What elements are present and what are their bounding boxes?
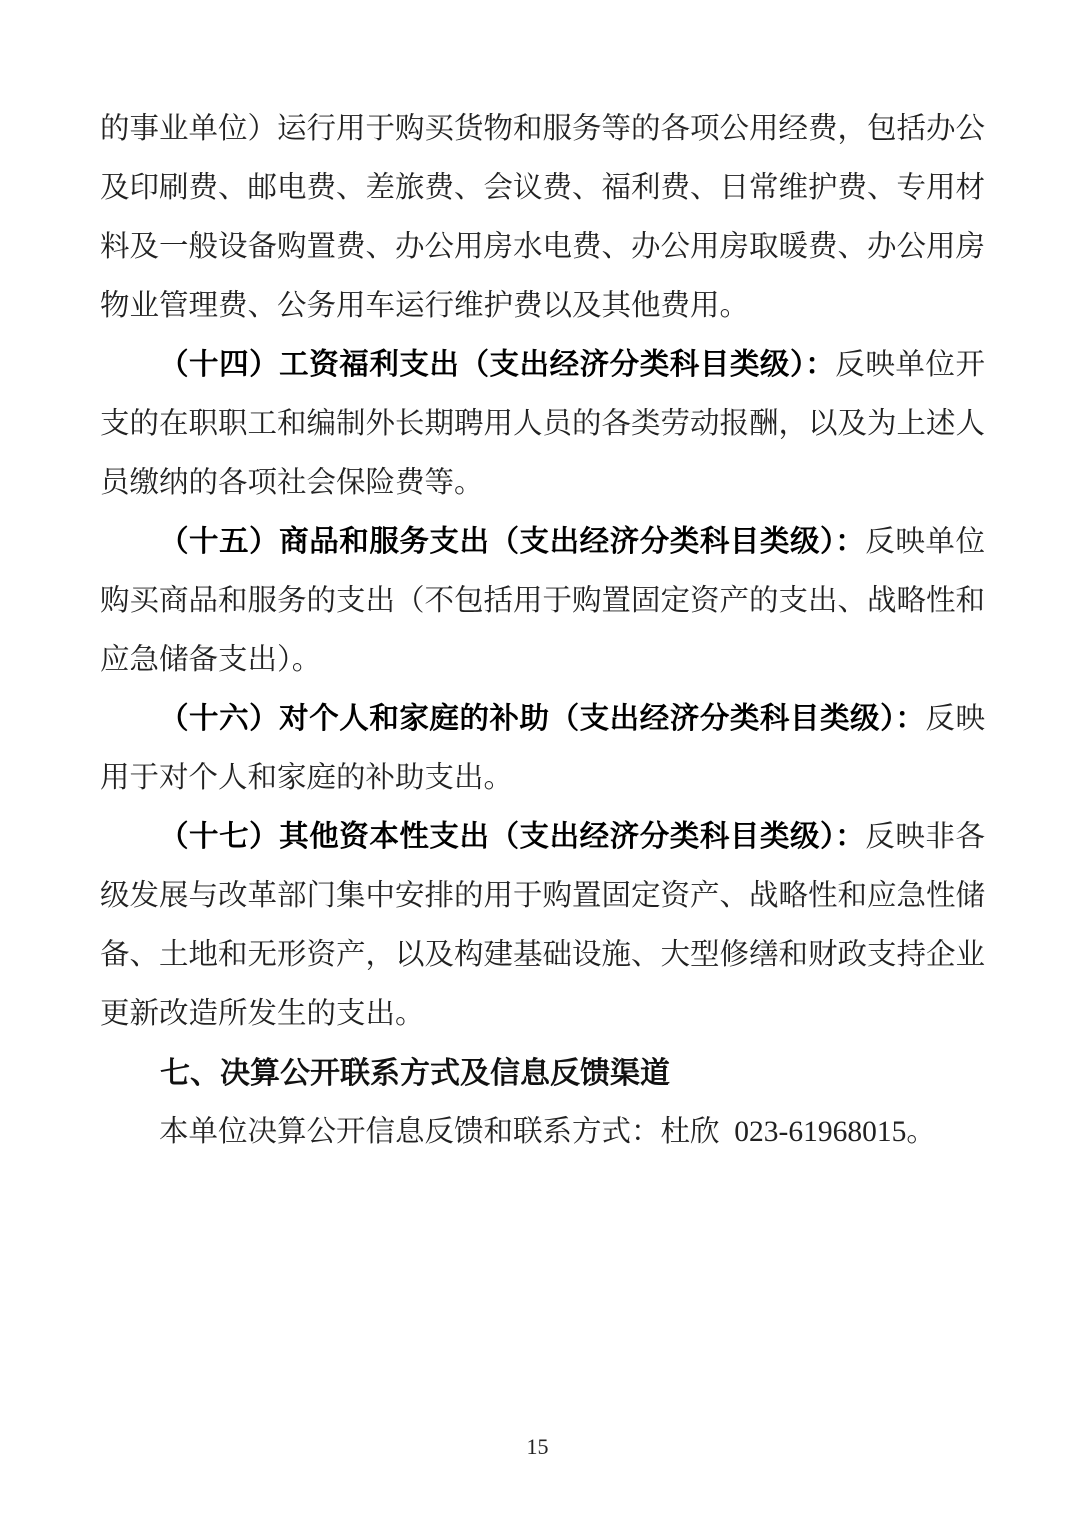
paragraph-item-15-lead: （十五）商品和服务支出（支出经济分类科目类级）： <box>159 526 865 558</box>
paragraph-item-14-lead: （十四）工资福利支出（支出经济分类科目类级）： <box>159 349 835 381</box>
paragraph-item-17-other-capital-expenditure: （十七）其他资本性支出（支出经济分类科目类级）：反映非各级发展与改革部门集中安排… <box>100 808 985 1044</box>
document-page: 的事业单位）运行用于购买货物和服务等的各项公用经费，包括办公及印刷费、邮电费、差… <box>0 0 1075 1520</box>
page-number: 15 <box>0 1432 1075 1462</box>
paragraph-item-15-goods-services: （十五）商品和服务支出（支出经济分类科目类级）：反映单位购买商品和服务的支出（不… <box>100 513 985 690</box>
document-body: 的事业单位）运行用于购买货物和服务等的各项公用经费，包括办公及印刷费、邮电费、差… <box>100 100 985 1162</box>
paragraph-public-funds-continuation: 的事业单位）运行用于购买货物和服务等的各项公用经费，包括办公及印刷费、邮电费、差… <box>100 100 985 336</box>
paragraph-item-16-lead: （十六）对个人和家庭的补助（支出经济分类科目类级）： <box>159 703 925 735</box>
paragraph-item-16-individual-family-subsidy: （十六）对个人和家庭的补助（支出经济分类科目类级）：反映用于对个人和家庭的补助支… <box>100 690 985 808</box>
paragraph-item-14-wages-welfare: （十四）工资福利支出（支出经济分类科目类级）：反映单位开支的在职职工和编制外长期… <box>100 336 985 513</box>
contact-line: 本单位决算公开信息反馈和联系方式：杜欣 023-61968015。 <box>100 1103 985 1162</box>
section-heading-contact-feedback: 七、决算公开联系方式及信息反馈渠道 <box>100 1044 985 1103</box>
paragraph-item-17-lead: （十七）其他资本性支出（支出经济分类科目类级）： <box>159 821 865 853</box>
paragraph-text: 的事业单位）运行用于购买货物和服务等的各项公用经费，包括办公及印刷费、邮电费、差… <box>100 113 985 322</box>
